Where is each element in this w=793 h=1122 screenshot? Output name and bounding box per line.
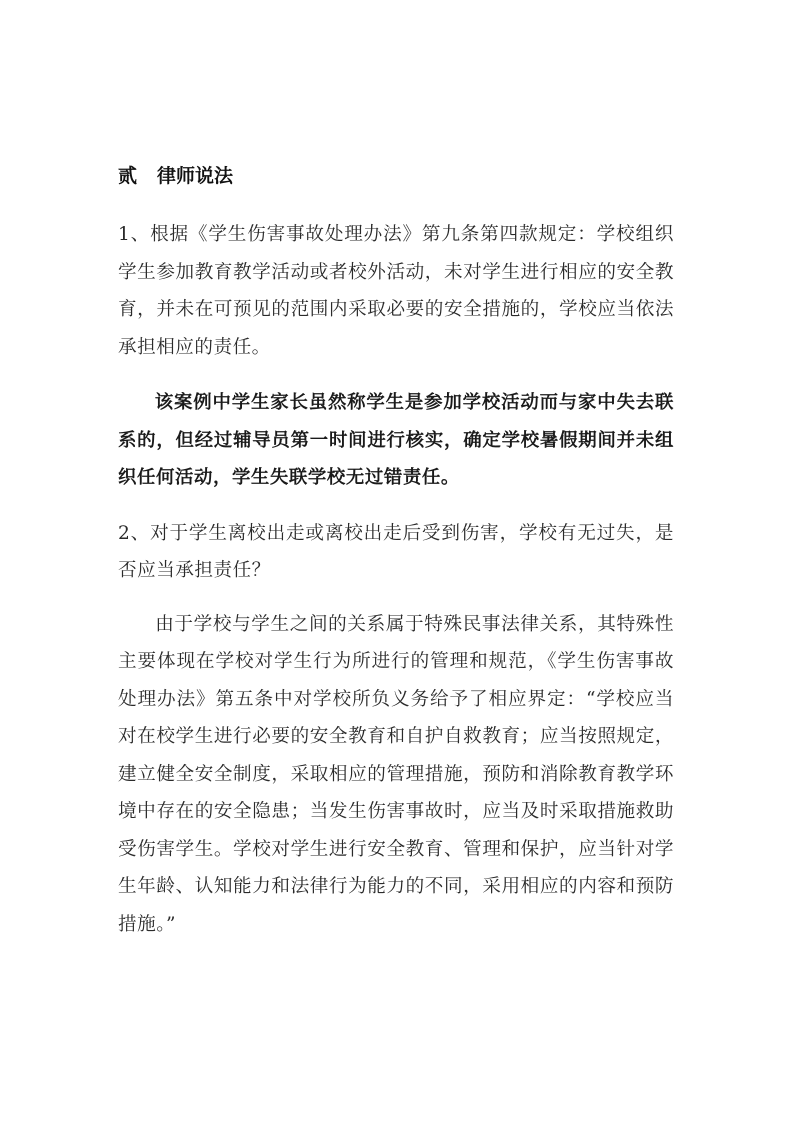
paragraph-question-2: 2、对于学生离校出走或离校出走后受到伤害，学校有无过失，是否应当承担责任？ bbox=[118, 515, 674, 590]
paragraph-case-analysis: 该案例中学生家长虽然称学生是参加学校活动而与家中失去联系的，但经过辅导员第一时间… bbox=[118, 384, 674, 497]
paragraph-legal-basis-1: 1、根据《学生伤害事故处理办法》第九条第四款规定：学校组织学生参加教育教学活动或… bbox=[118, 216, 674, 366]
section-number: 贰 bbox=[118, 165, 137, 187]
section-title: 律师说法 bbox=[157, 165, 233, 187]
document-page: 贰律师说法 1、根据《学生伤害事故处理办法》第九条第四款规定：学校组织学生参加教… bbox=[118, 162, 674, 961]
section-heading: 贰律师说法 bbox=[118, 162, 674, 190]
paragraph-legal-explanation: 由于学校与学生之间的关系属于特殊民事法律关系，其特殊性主要体现在学校对学生行为所… bbox=[118, 606, 674, 944]
